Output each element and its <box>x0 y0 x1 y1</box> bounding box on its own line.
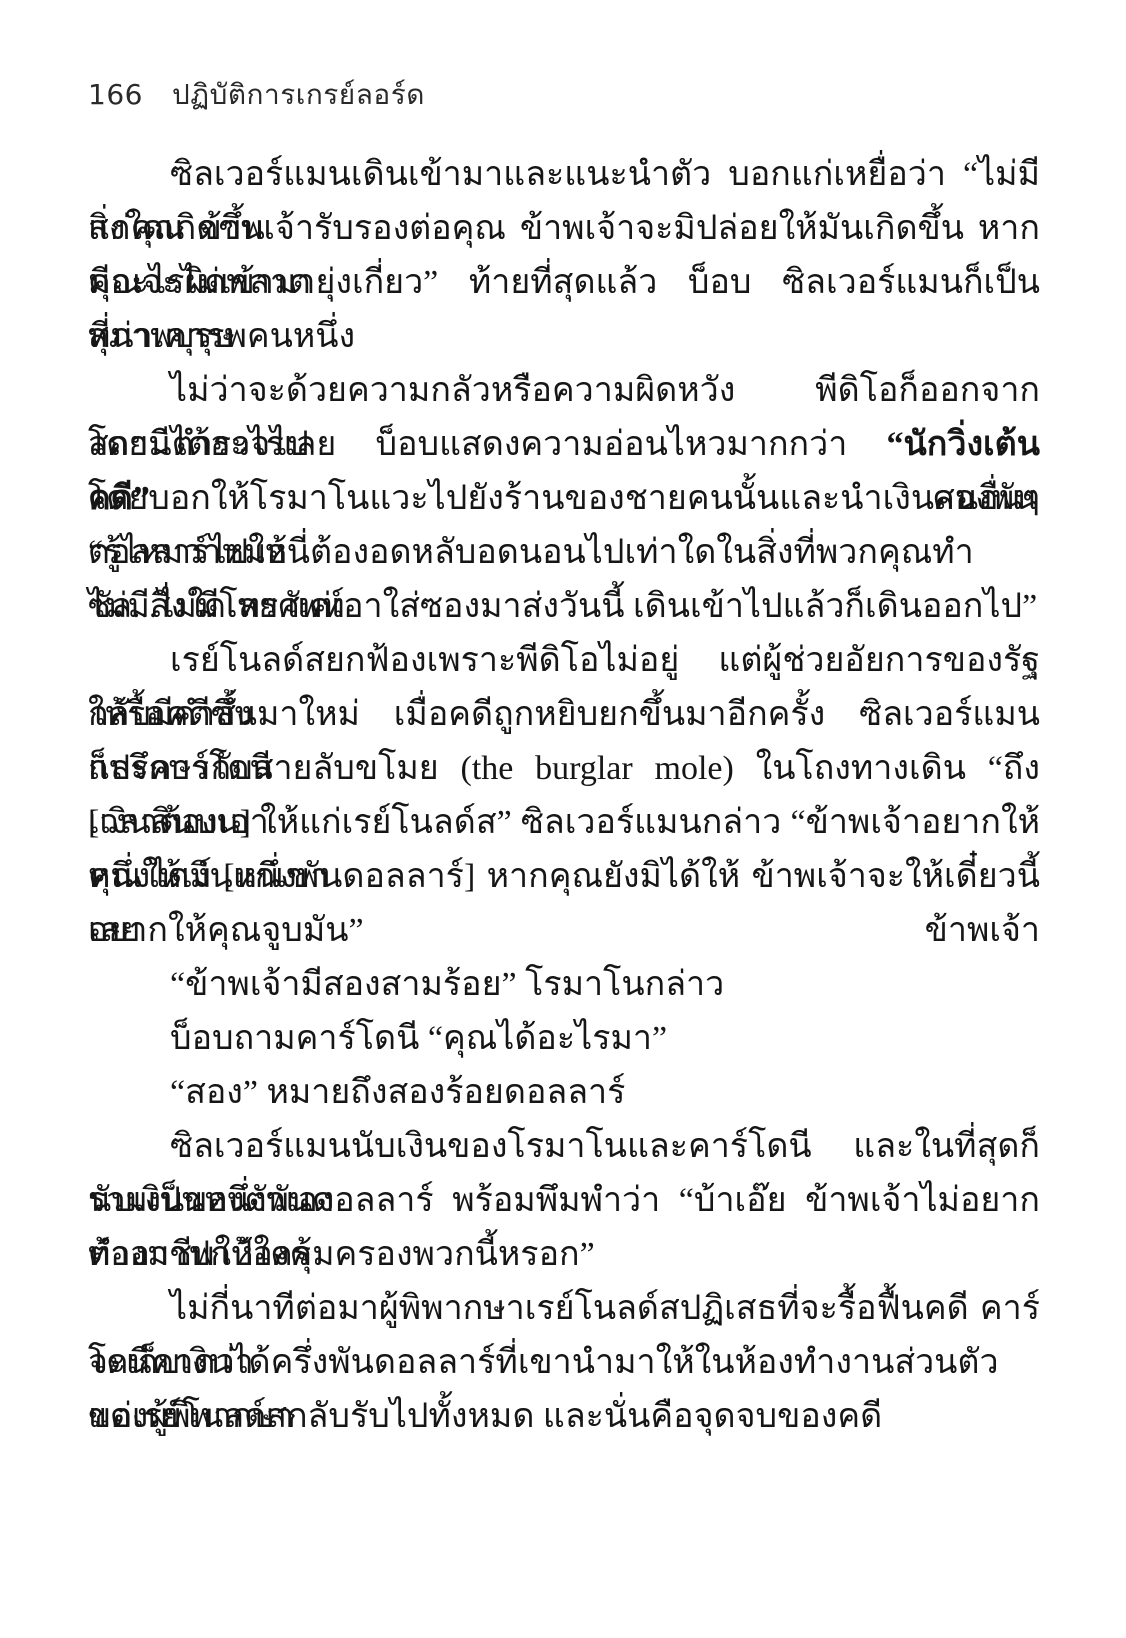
text-line: รวมเป็นหนึ่งพันดอลลาร์ พร้อมพึมพำว่า “บ้… <box>88 1174 1040 1228</box>
paragraph: เรย์โนลด์สยกฟ้องเพราะพีดิโอไม่อยู่ แต่ผู… <box>88 634 1040 958</box>
text-line: ให้รื้อคดีขึ้นมาใหม่ เมื่อคดีถูกหยิบยกขึ… <box>88 688 1040 742</box>
text-line: คุณจะไม่เข้ามายุ่งเกี่ยว” ท้ายที่สุดแล้ว… <box>88 256 1040 310</box>
text-line: ไม่กี่นาทีต่อมาผู้พิพากษาเรย์โนลด์สปฏิเส… <box>88 1282 1040 1336</box>
text-line: แก่คุณ ข้าพเจ้ารับรองต่อคุณ ข้าพเจ้าจะมิ… <box>88 202 1040 256</box>
paragraph: ซิลเวอร์แมนนับเงินของโรมาโนและคาร์โดนี แ… <box>88 1120 1040 1282</box>
dialogue-paragraph: บ็อบถามคาร์โดนี “คุณได้อะไรมา” <box>88 1012 1040 1066</box>
paragraph: ไม่กี่นาทีต่อมาผู้พิพากษาเรย์โนลด์สปฏิเส… <box>88 1282 1040 1444</box>
page-number: 166 <box>88 78 146 112</box>
text-line: ก็ปรึกษากับสายลับขโมย (the burglar mole)… <box>88 742 1040 796</box>
dialogue-paragraph: “ข้าพเจ้ามีสองสามร้อย” โรมาโนกล่าว <box>88 958 1040 1012</box>
text-line: แต่เรย์โนลด์สกลับรับไปทั้งหมด และนั่นคือ… <box>88 1390 1040 1444</box>
text-line-with-bold: โดยมิได้อะไรเลย บ็อบแสดงความอ่อนไหวมากกว… <box>88 418 1040 472</box>
text-line: บ็อบถามคาร์โดนี “คุณได้อะไรมา” <box>88 1012 1040 1066</box>
text-line: ต้องมาปกป้องคุ้มครองพวกนี้หรอก” <box>88 1228 1040 1282</box>
text-line: ที่น่าเคารพคนหนึ่ง <box>88 310 1040 364</box>
dialogue-paragraph: “สอง” หมายถึงสองร้อยดอลลาร์ <box>88 1066 1040 1120</box>
text-segment: โดยมิได้อะไรเลย บ็อบแสดงความอ่อนไหวมากกว… <box>88 426 887 463</box>
text-line: ซิลเวอร์แมนนับเงินของโรมาโนและคาร์โดนี แ… <box>88 1120 1040 1174</box>
book-title: ปฏิบัติการเกรย์ลอร์ด <box>172 78 425 112</box>
text-line: ไม่ว่าจะด้วยความกลัวหรือความผิดหวัง พีดิ… <box>88 364 1040 418</box>
paragraph: ไม่ว่าจะด้วยความกลัวหรือความผิดหวัง พีดิ… <box>88 364 1040 634</box>
text-line: หนึ่งไดม์ [หนึ่งพันดอลลาร์] หากคุณยังมิไ… <box>88 850 1040 904</box>
book-page: 166 ปฏิบัติการเกรย์ลอร์ด ซิลเวอร์แมนเดิน… <box>0 0 1126 1638</box>
text-line: จะเก็บเงินได้ครึ่งพันดอลลาร์ที่เขานำมาให… <box>88 1336 1040 1390</box>
text-line: โดยบอกให้โรมาโนแวะไปยังร้านของชายคนนั้นแ… <box>88 472 1040 526</box>
text-line: ซิลเวอร์แมนเดินเข้ามาและแนะนำตัว บอกแก่เ… <box>88 148 1040 202</box>
running-head: 166 ปฏิบัติการเกรย์ลอร์ด <box>88 78 1040 112</box>
text-line: เรย์โนลด์สยกฟ้องเพราะพีดิโอไม่อยู่ แต่ผู… <box>88 634 1040 688</box>
text-line: [เงินสินบน] ให้แก่เรย์โนลด์ส” ซิลเวอร์แม… <box>88 796 1040 850</box>
paragraph: ซิลเวอร์แมนเดินเข้ามาและแนะนำตัว บอกแก่เ… <box>88 148 1040 364</box>
text-line: “ข้าพเจ้ามีสองสามร้อย” โรมาโนกล่าว <box>88 958 1040 1012</box>
body-text: ซิลเวอร์แมนเดินเข้ามาและแนะนำตัว บอกแก่เ… <box>88 148 1040 1444</box>
text-line: “รู้ไหมว่าหมอนี่ต้องอดหลับอดนอนไปเท่าใดใ… <box>88 526 1040 580</box>
text-line: ไม่มีสิ่งใดเลย แค่เอาใส่ซองมาส่งวันนี้ เ… <box>88 580 1040 634</box>
text-line: “สอง” หมายถึงสองร้อยดอลลาร์ <box>88 1066 1040 1120</box>
